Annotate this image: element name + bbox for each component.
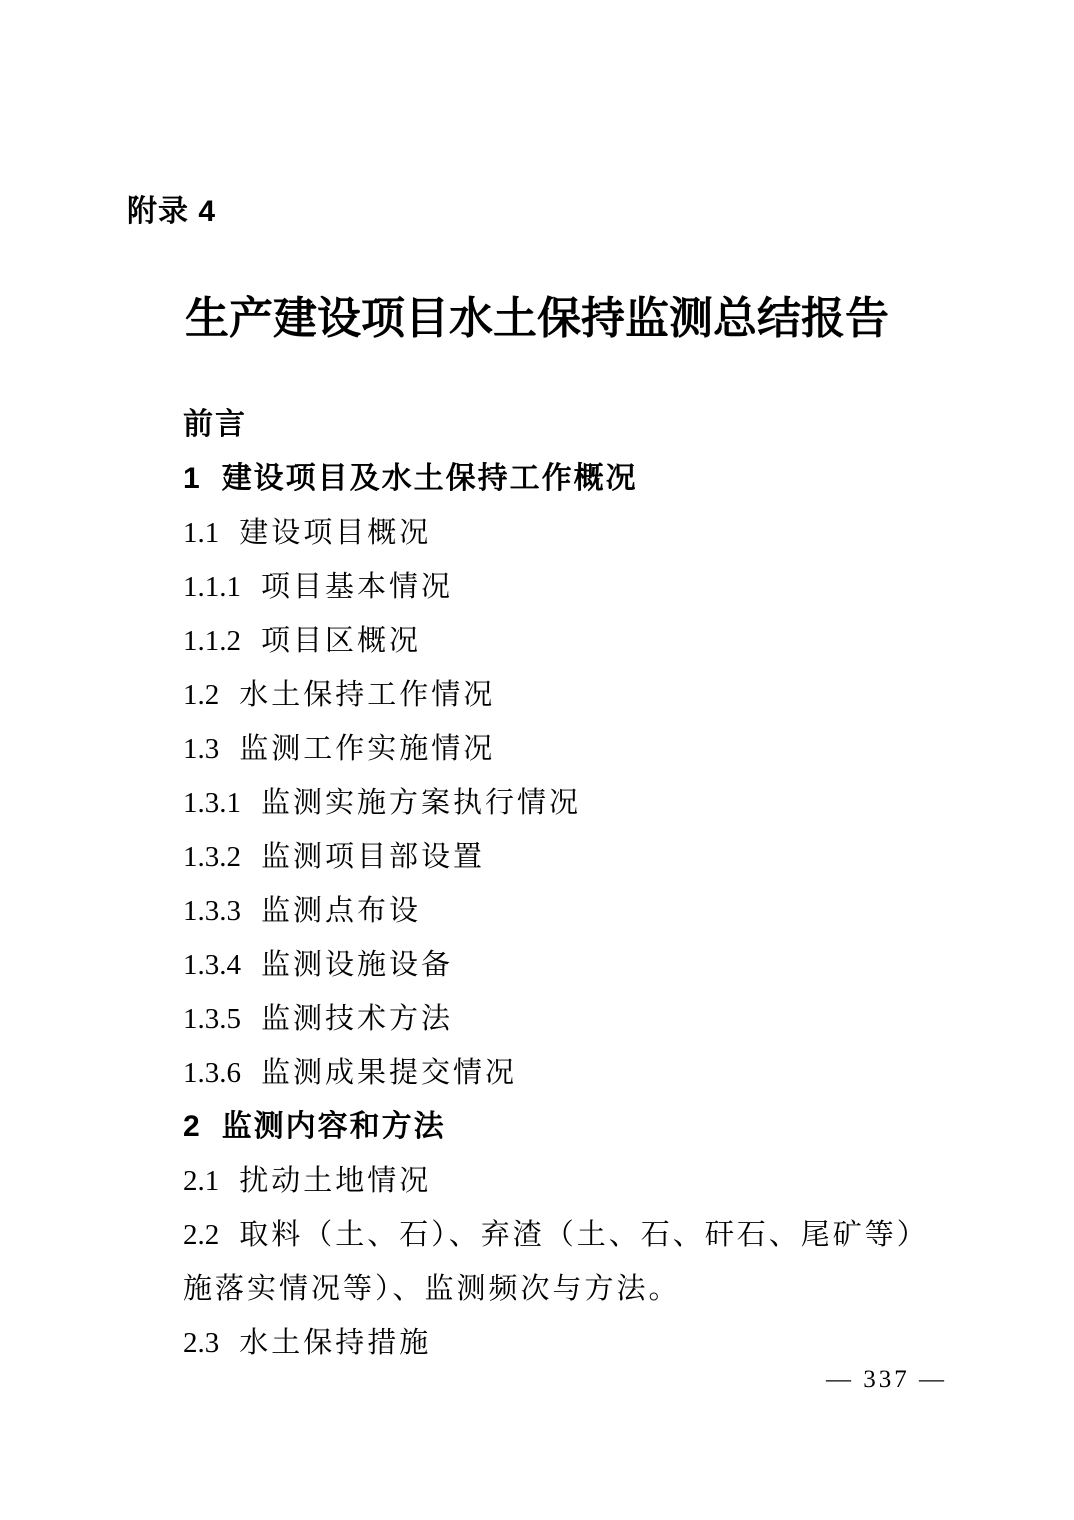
toc-item-label: 监测成果提交情况 <box>261 1057 517 1089</box>
toc-item-1-3-3: 1.3.3监测点布设 <box>183 884 994 938</box>
toc-item-1-1-1: 1.1.1项目基本情况 <box>183 560 994 614</box>
toc-item-label: 监测点布设 <box>261 895 421 927</box>
toc-item-number: 1.3.1 <box>183 776 241 830</box>
toc-item-label: 监测项目部设置 <box>261 841 485 873</box>
toc-item-number: 1.1.1 <box>183 560 241 614</box>
toc-item-number: 2.3 <box>183 1316 219 1370</box>
toc-item-1-1: 1.1建设项目概况 <box>183 506 994 560</box>
toc-item-2-1: 2.1扰动土地情况 <box>183 1154 994 1208</box>
toc-item-label: 建设项目概况 <box>239 517 431 549</box>
toc-item-label: 监测实施方案执行情况 <box>261 787 581 819</box>
toc-item-number: 1.3.2 <box>183 830 241 884</box>
appendix-label: 附录 4 <box>127 186 216 230</box>
toc-item-1-3-4: 1.3.4监测设施设备 <box>183 938 994 992</box>
toc-item-1-3-2: 1.3.2监测项目部设置 <box>183 830 994 884</box>
toc-item-1-3-6: 1.3.6监测成果提交情况 <box>183 1046 994 1100</box>
toc-item-number: 1.2 <box>183 668 219 722</box>
toc-item-2-3: 2.3水土保持措施 <box>183 1316 994 1370</box>
toc-item-2: 2监测内容和方法 <box>183 1100 994 1154</box>
toc-item-1-3-5: 1.3.5监测技术方法 <box>183 992 994 1046</box>
toc-item-row-16: 施落实情况等）、监测频次与方法。 <box>183 1262 994 1316</box>
toc-item-row-0: 前言 <box>183 398 994 452</box>
toc-item-label: 建设项目及水土保持工作概况 <box>222 462 638 495</box>
toc-item-1: 1建设项目及水土保持工作概况 <box>183 452 994 506</box>
page-title: 生产建设项目水土保持监测总结报告 <box>0 282 1074 346</box>
toc-item-label: 项目基本情况 <box>261 571 453 603</box>
toc-item-label: 监测设施设备 <box>261 949 453 981</box>
toc-item-number: 1 <box>183 452 200 506</box>
toc-item-1-2: 1.2水土保持工作情况 <box>183 668 994 722</box>
toc-item-1-3: 1.3监测工作实施情况 <box>183 722 994 776</box>
toc-item-label: 监测内容和方法 <box>222 1110 446 1143</box>
toc-item-1-3-1: 1.3.1监测实施方案执行情况 <box>183 776 994 830</box>
toc-item-number: 1.3.5 <box>183 992 241 1046</box>
toc-item-number: 2.2 <box>183 1208 219 1262</box>
toc-item-label: 取料（土、石）、弃渣（土、石、矸石、尾矿等） <box>239 1219 929 1251</box>
toc-item-label: 水土保持工作情况 <box>239 679 495 711</box>
toc-item-number: 1.1.2 <box>183 614 241 668</box>
toc-item-number: 1.1 <box>183 506 219 560</box>
toc-item-number: 2 <box>183 1100 200 1154</box>
toc-item-label: 扰动土地情况 <box>239 1165 431 1197</box>
toc-item-label: 监测技术方法 <box>261 1003 453 1035</box>
toc-item-number: 1.3.4 <box>183 938 241 992</box>
page-number: — 337 — <box>826 1366 947 1394</box>
document-page: 附录 4 生产建设项目水土保持监测总结报告 前言 1建设项目及水土保持工作概况 … <box>0 0 1074 1520</box>
table-of-contents: 前言 1建设项目及水土保持工作概况 1.1建设项目概况 1.1.1项目基本情况 … <box>183 398 994 1370</box>
toc-item-label: 水土保持措施 <box>239 1327 431 1359</box>
toc-item-number: 1.3 <box>183 722 219 776</box>
toc-item-2-2: 2.2取料（土、石）、弃渣（土、石、矸石、尾矿等） <box>183 1208 994 1262</box>
toc-item-label: 项目区概况 <box>261 625 421 657</box>
toc-item-1-1-2: 1.1.2项目区概况 <box>183 614 994 668</box>
toc-item-number: 2.1 <box>183 1154 219 1208</box>
toc-item-number: 1.3.3 <box>183 884 241 938</box>
toc-item-label: 监测工作实施情况 <box>239 733 495 765</box>
toc-item-label: 前言 <box>183 408 247 441</box>
toc-item-number: 1.3.6 <box>183 1046 241 1100</box>
toc-item-label: 施落实情况等）、监测频次与方法。 <box>183 1273 681 1305</box>
